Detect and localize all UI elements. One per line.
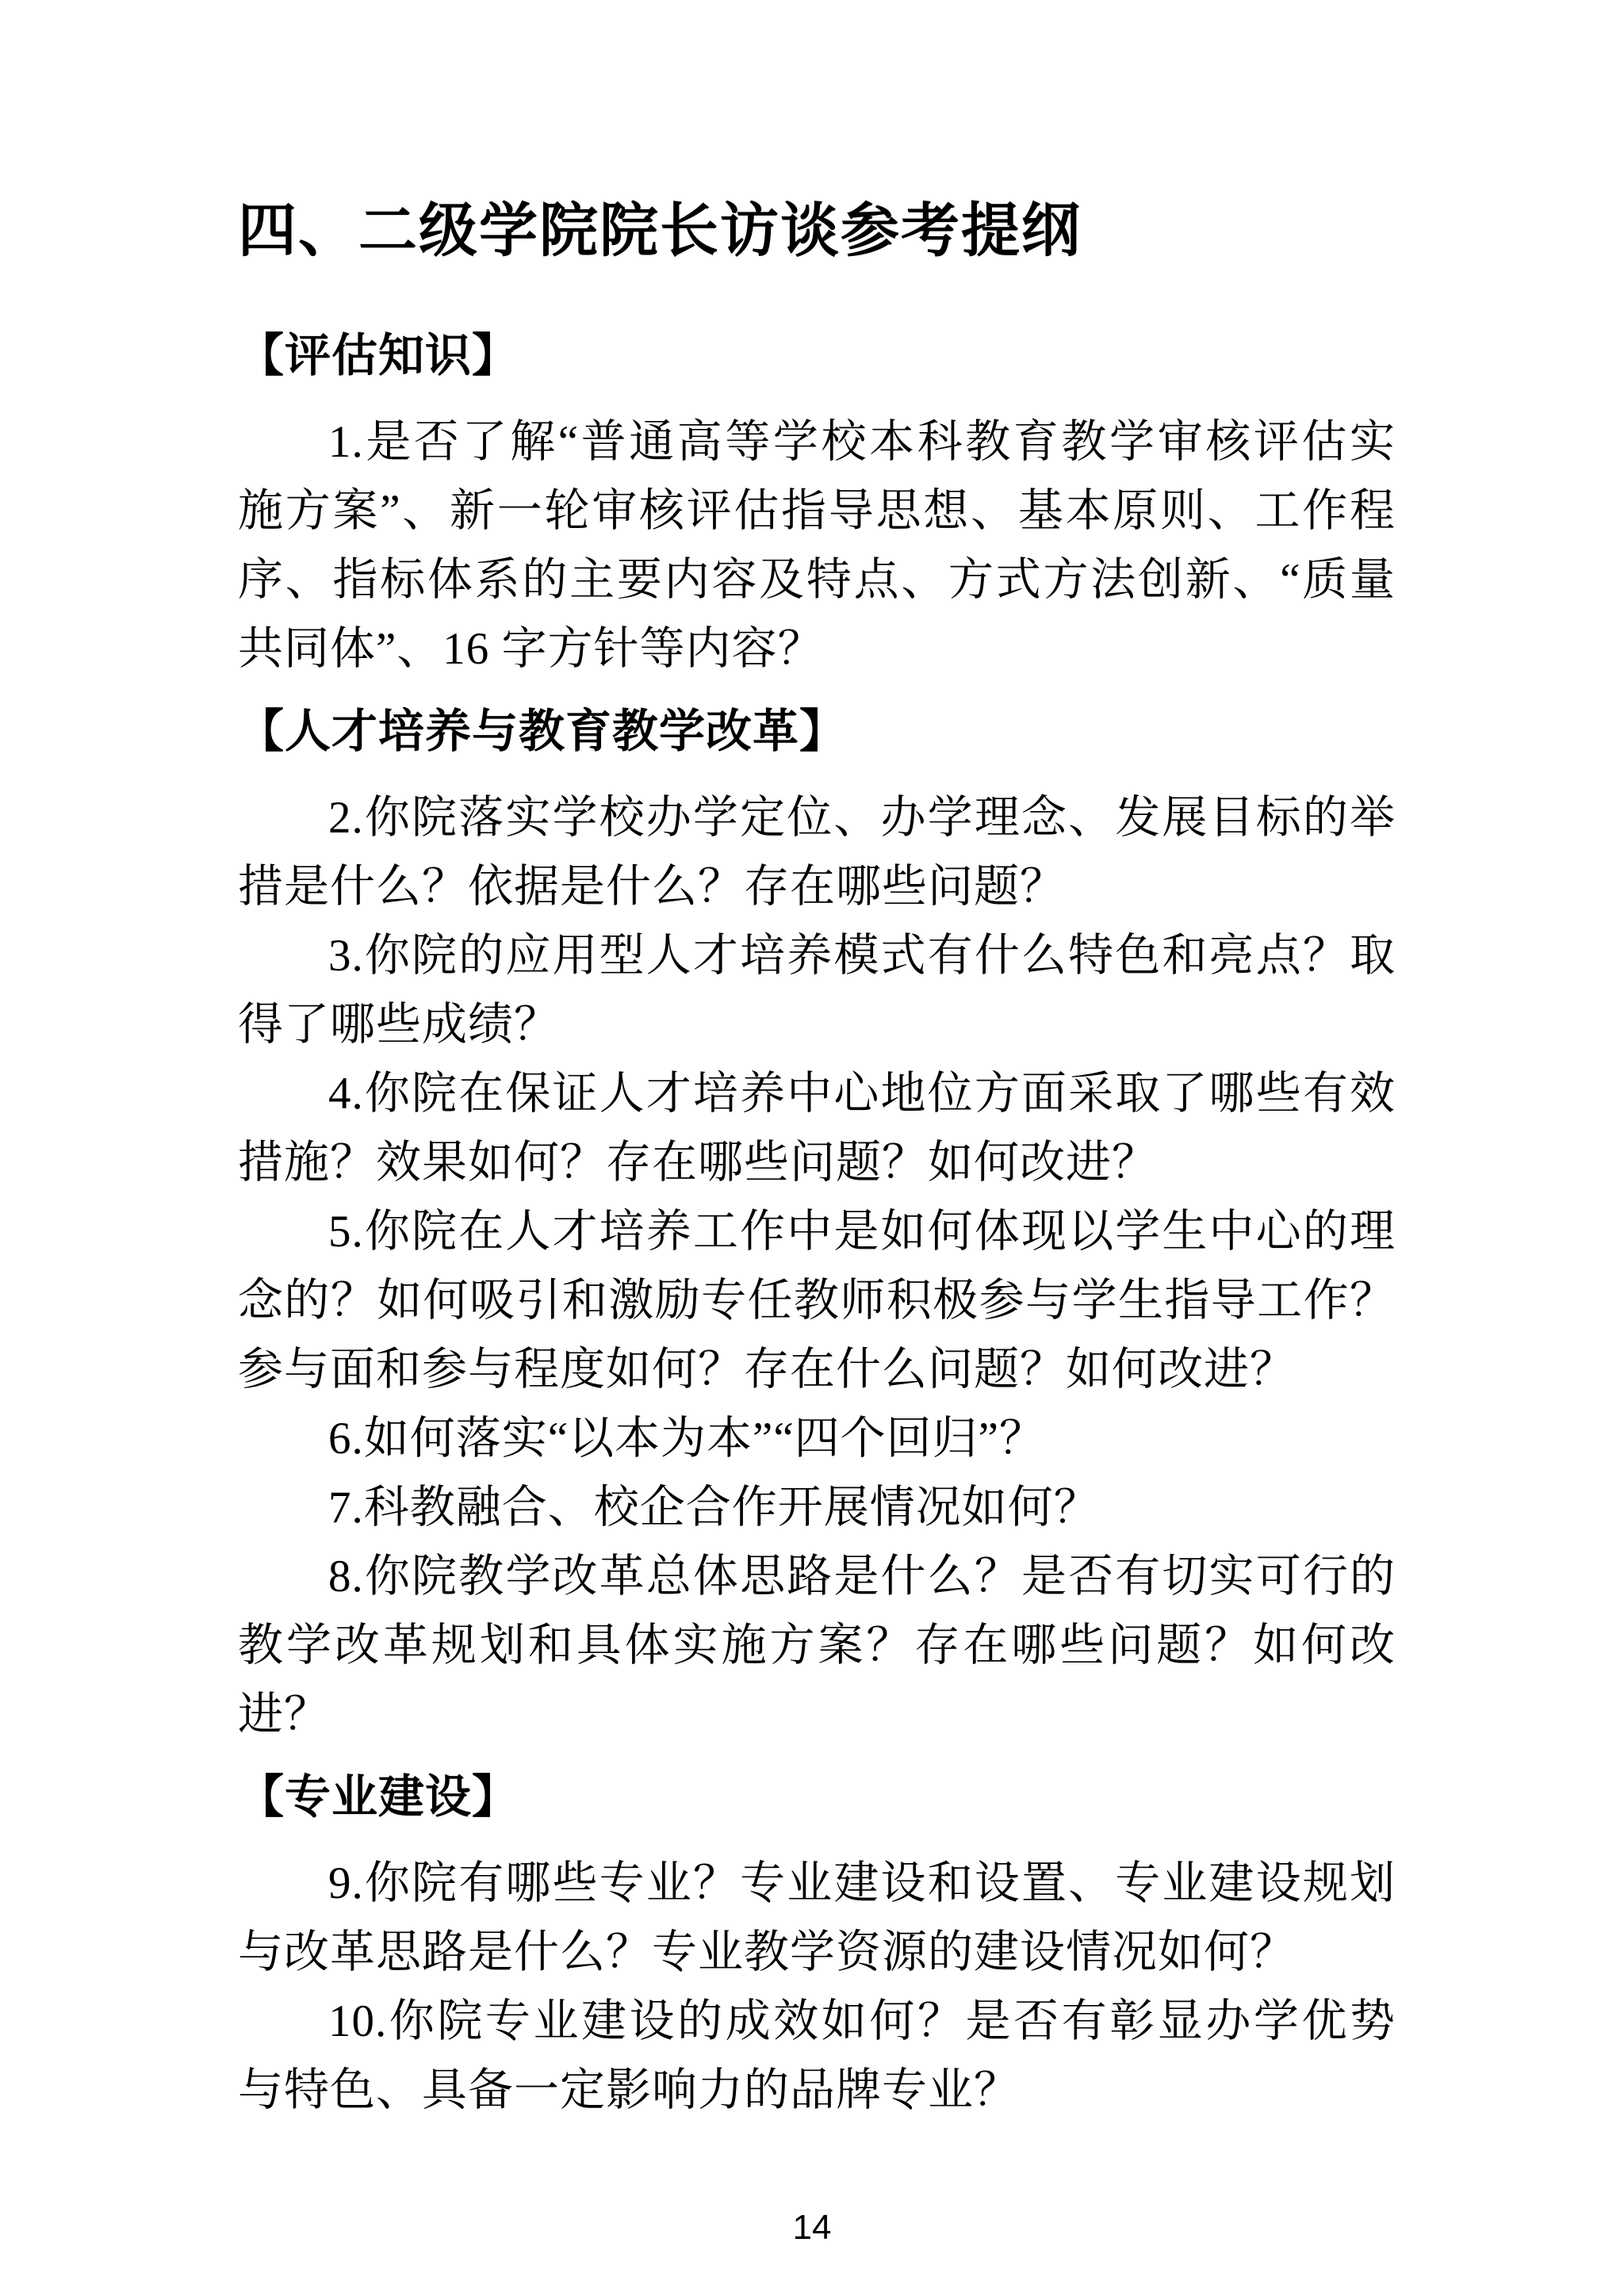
question-item-3: 3.你院的应用型人才培养模式有什么特色和亮点？取得了哪些成绩？ — [238, 921, 1396, 1059]
question-item-1: 1.是否了解“普通高等学校本科教育教学审核评估实施方案”、新一轮审核评估指导思想… — [238, 408, 1396, 683]
question-item-2: 2.你院落实学校办学定位、办学理念、发展目标的举措是什么？依据是什么？存在哪些问… — [238, 783, 1396, 921]
section-heading-major-construction: 【专业建设】 — [238, 1770, 1396, 1825]
question-item-9: 9.你院有哪些专业？专业建设和设置、专业建设规划与改革思路是什么？专业教学资源的… — [238, 1849, 1396, 1987]
document-page: 四、二级学院院长访谈参考提纲 【评估知识】 1.是否了解“普通高等学校本科教育教… — [0, 0, 1624, 2296]
section-heading-talent-cultivation: 【人才培养与教育教学改革】 — [238, 704, 1396, 760]
page-title: 四、二级学院院长访谈参考提纲 — [238, 195, 1396, 266]
question-item-7: 7.科教融合、校企合作开展情况如何？ — [238, 1473, 1396, 1542]
question-item-6: 6.如何落实“以本为本”“四个回归”？ — [238, 1404, 1396, 1473]
question-item-10: 10.你院专业建设的成效如何？是否有彰显办学优势与特色、具备一定影响力的品牌专业… — [238, 1987, 1396, 2125]
question-item-8: 8.你院教学改革总体思路是什么？是否有切实可行的教学改革规划和具体实施方案？存在… — [238, 1542, 1396, 1749]
question-item-5: 5.你院在人才培养工作中是如何体现以学生中心的理念的？如何吸引和激励专任教师积极… — [238, 1197, 1396, 1404]
section-heading-evaluation-knowledge: 【评估知识】 — [238, 328, 1396, 384]
question-item-4: 4.你院在保证人才培养中心地位方面采取了哪些有效措施？效果如何？存在哪些问题？如… — [238, 1059, 1396, 1197]
page-number: 14 — [0, 2209, 1624, 2247]
